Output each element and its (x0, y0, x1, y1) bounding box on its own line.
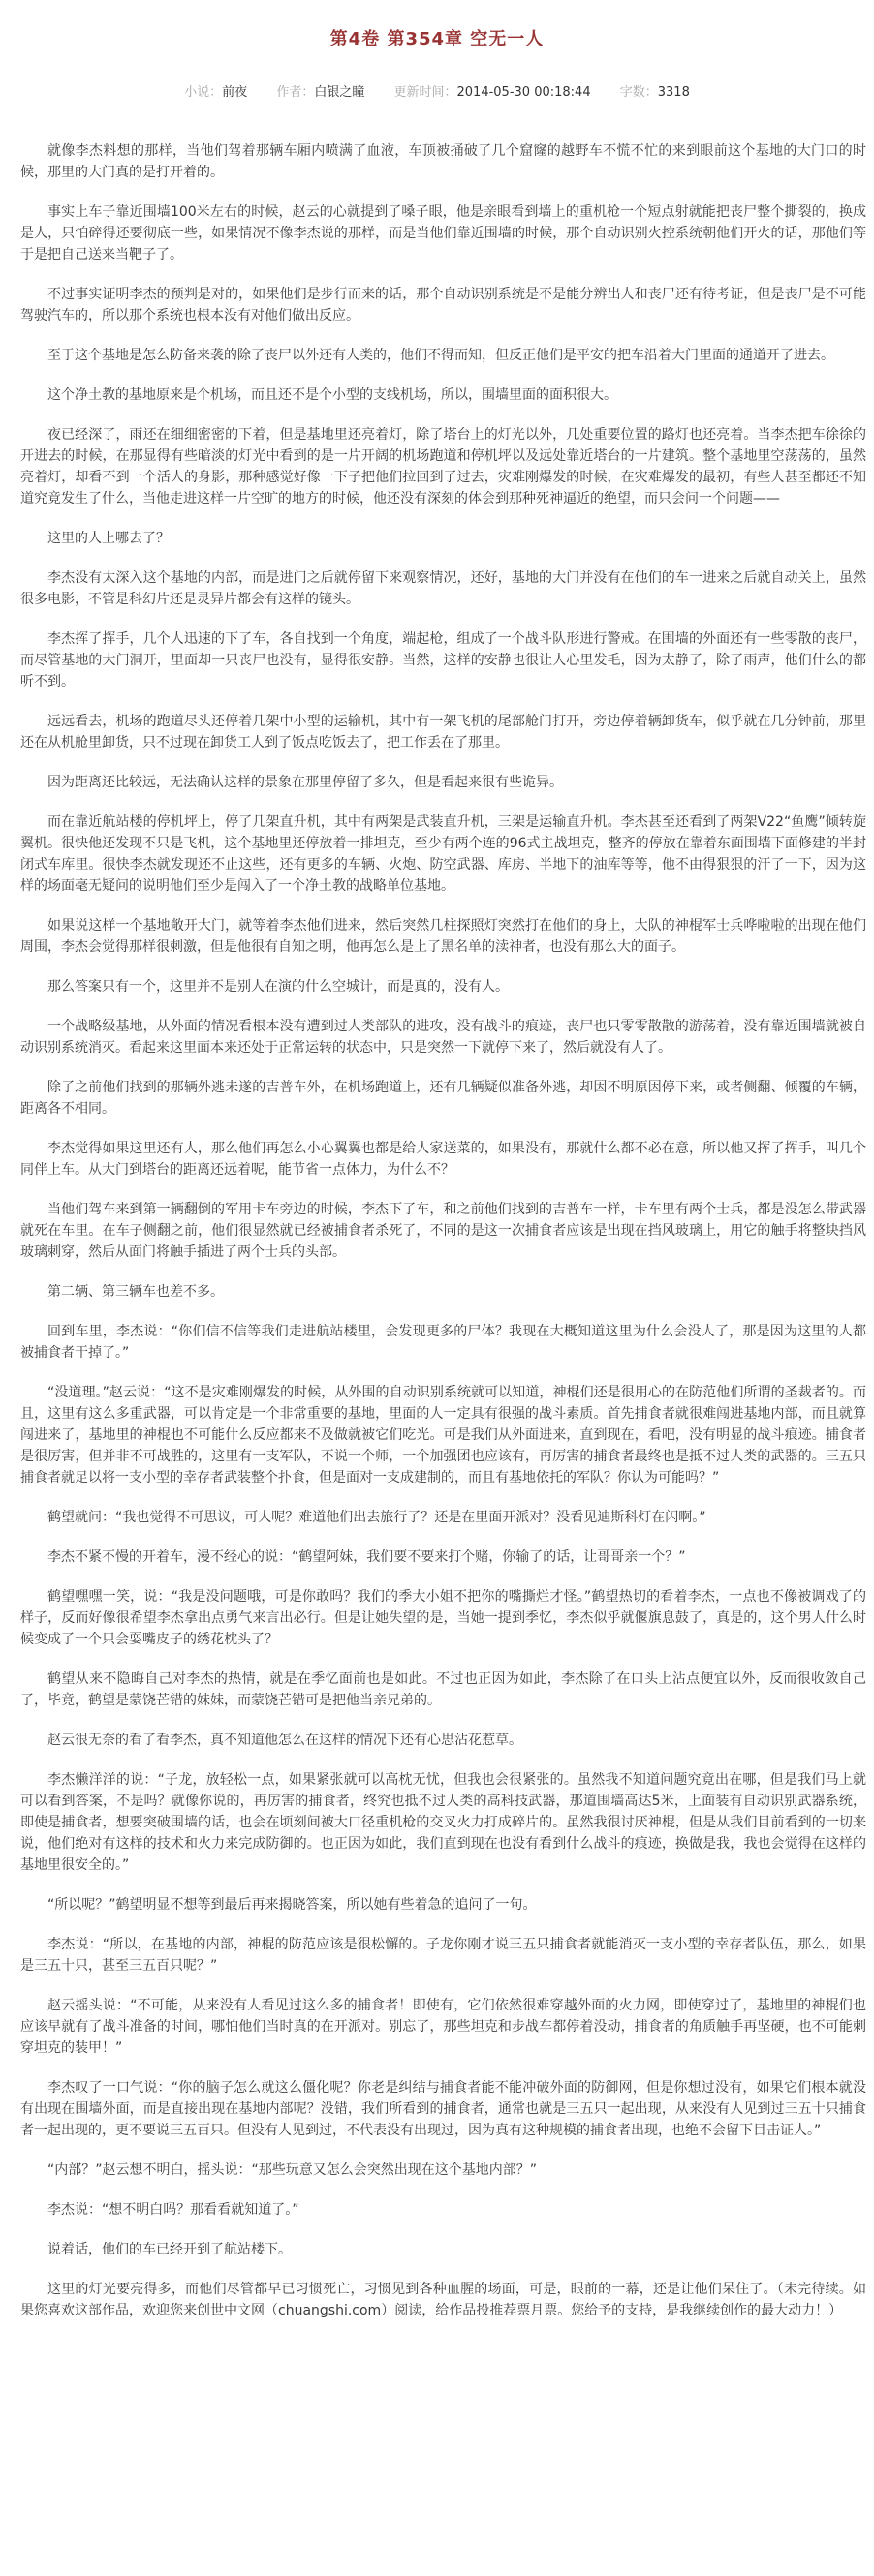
paragraph: 至于这个基地是怎么防备来袭的除了丧尸以外还有人类的，他们不得而知，但反正他们是平… (20, 345, 866, 366)
paragraph: 李杰说：“想不明白吗？那看看就知道了。” (20, 2199, 866, 2221)
paragraph: 李杰没有太深入这个基地的内部，而是进门之后就停留下来观察情况，还好，基地的大门并… (20, 567, 866, 610)
chapter-title: 第4卷 第354章 空无一人 (0, 25, 874, 50)
meta-author-value: 白银之瞳 (314, 85, 364, 100)
paragraph: 李杰说：“所以，在基地的内部，神棍的防范应该是很松懈的。子龙你刚才说三五只捕食者… (20, 1934, 866, 1977)
paragraph: 夜已经深了，雨还在细细密密的下着，但是基地里还亮着灯，除了塔台上的灯光以外，几处… (20, 424, 866, 509)
meta-novel-value: 前夜 (222, 85, 247, 100)
chapter-body: 就像李杰料想的那样，当他们驾着那辆车厢内喷满了血液，车顶被捅破了几个窟窿的越野车… (0, 100, 874, 2369)
paragraph: 事实上车子靠近围墙100米左右的时候，赵云的心就提到了嗓子眼，他是亲眼看到墙上的… (20, 201, 866, 265)
paragraph: 李杰叹了一口气说：“你的脑子怎么就这么僵化呢？你老是纠结与捕食者能不能冲破外面的… (20, 2077, 866, 2141)
meta-updated-value: 2014-05-30 00:18:44 (457, 85, 591, 100)
paragraph: 赵云摇头说：“不可能，从来没有人看见过这么多的捕食者！即使有，它们依然很难穿越外… (20, 1995, 866, 2059)
paragraph: 赵云很无奈的看了看李杰，真不知道他怎么在这样的情况下还有心思沾花惹草。 (20, 1730, 866, 1751)
meta-words-value: 3318 (658, 85, 690, 100)
paragraph: 鹤望从来不隐晦自己对李杰的热情，就是在季忆面前也是如此。不过也正因为如此，李杰除… (20, 1669, 866, 1711)
paragraph: 李杰不紧不慢的开着车，漫不经心的说：“鹤望阿妹，我们要不要来打个赌，你输了的话，… (20, 1547, 866, 1568)
paragraph: 就像李杰料想的那样，当他们驾着那辆车厢内喷满了血液，车顶被捅破了几个窟窿的越野车… (20, 140, 866, 183)
paragraph: 鹤望就问：“我也觉得不可思议，可人呢？难道他们出去旅行了？还是在里面开派对？没看… (20, 1507, 866, 1528)
paragraph: 鹤望嘿嘿一笑，说：“我是没问题哦，可是你敢吗？我们的季大小姐不把你的嘴撕烂才怪。… (20, 1586, 866, 1650)
paragraph: 这里的人上哪去了？ (20, 528, 866, 549)
meta-words: 字数：3318 (620, 85, 690, 100)
meta-novel: 小说：前夜 (184, 85, 247, 100)
paragraph: 不过事实证明李杰的预判是对的，如果他们是步行而来的话，那个自动识别系统是不是能分… (20, 284, 866, 326)
paragraph: 李杰挥了挥手，几个人迅速的下了车，各自找到一个角度，端起枪，组成了一个战斗队形进… (20, 629, 866, 692)
meta-updated: 更新时间：2014-05-30 00:18:44 (394, 85, 591, 100)
paragraph: 如果说这样一个基地敞开大门，就等着李杰他们进来，然后突然几柱探照灯突然打在他们的… (20, 915, 866, 958)
meta-author: 作者：白银之瞳 (276, 85, 364, 100)
meta-author-label: 作者： (276, 85, 314, 100)
paragraph: 远远看去，机场的跑道尽头还停着几架中小型的运输机，其中有一架飞机的尾部舱门打开，… (20, 711, 866, 753)
paragraph: 这个净土教的基地原来是个机场，而且还不是个小型的支线机场，所以，围墙里面的面积很… (20, 384, 866, 406)
meta-words-label: 字数： (620, 85, 658, 100)
meta-updated-label: 更新时间： (394, 85, 457, 100)
paragraph: 而在靠近航站楼的停机坪上，停了几架直升机，其中有两架是武装直升机，三架是运输直升… (20, 812, 866, 897)
paragraph: 这里的灯光要亮得多，而他们尽管都早已习惯死亡，习惯见到各种血腥的场面，可是，眼前… (20, 2279, 866, 2321)
paragraph: “内部？”赵云想不明白，摇头说：“那些玩意又怎么会突然出现在这个基地内部？” (20, 2160, 866, 2181)
paragraph: 因为距离还比较远，无法确认这样的景象在那里停留了多久，但是看起来很有些诡异。 (20, 772, 866, 793)
paragraph: 第二辆、第三辆车也差不多。 (20, 1281, 866, 1303)
paragraph: 李杰觉得如果这里还有人，那么他们再怎么小心翼翼也都是给人家送菜的，如果没有，那就… (20, 1138, 866, 1181)
paragraph: 除了之前他们找到的那辆外逃未遂的吉普车外，在机场跑道上，还有几辆疑似准备外逃，却… (20, 1077, 866, 1119)
meta-novel-label: 小说： (184, 85, 222, 100)
chapter-page: 第4卷 第354章 空无一人 小说：前夜 作者：白银之瞳 更新时间：2014-0… (0, 25, 874, 2369)
paragraph: 说着话，他们的车已经开到了航站楼下。 (20, 2239, 866, 2260)
paragraph: 一个战略级基地，从外面的情况看根本没有遭到过人类部队的进攻，没有战斗的痕迹，丧尸… (20, 1016, 866, 1058)
paragraph: 李杰懒洋洋的说：“子龙，放轻松一点，如果紧张就可以高枕无忧，但我也会很紧张的。虽… (20, 1769, 866, 1876)
paragraph: “所以呢？”鹤望明显不想等到最后再来揭晓答案，所以她有些着急的追问了一句。 (20, 1894, 866, 1916)
paragraph: 当他们驾车来到第一辆翻倒的军用卡车旁边的时候，李杰下了车，和之前他们找到的吉普车… (20, 1199, 866, 1263)
paragraph: 回到车里，李杰说：“你们信不信等我们走进航站楼里，会发现更多的尸体？我现在大概知… (20, 1321, 866, 1364)
paragraph: 那么答案只有一个，这里并不是别人在演的什么空城计，而是真的，没有人。 (20, 976, 866, 997)
paragraph: “没道理。”赵云说：“这不是灾难刚爆发的时候，从外围的自动识别系统就可以知道，神… (20, 1382, 866, 1488)
chapter-meta: 小说：前夜 作者：白银之瞳 更新时间：2014-05-30 00:18:44 字… (0, 81, 874, 100)
